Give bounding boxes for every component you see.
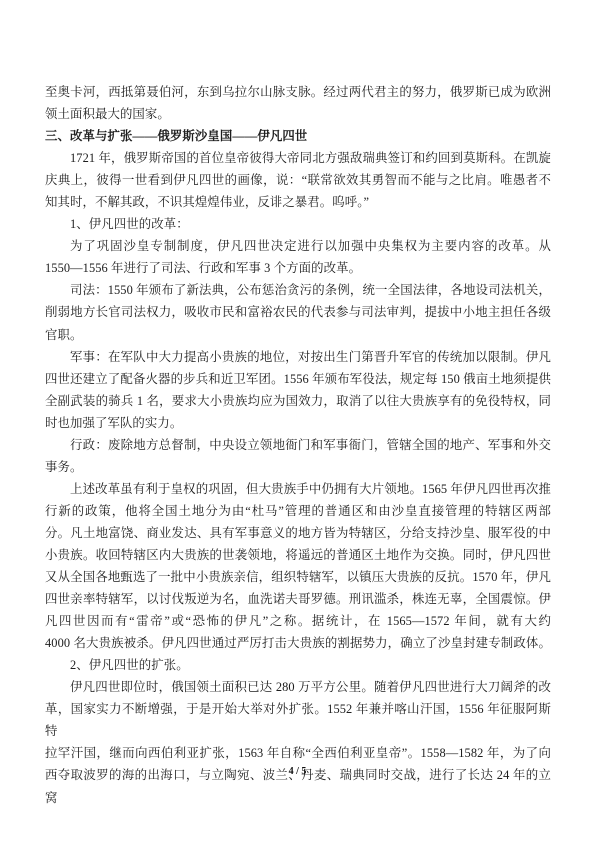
text-line: 1550—1556 年进行了司法、行政和军事 3 个方面的改革。 — [45, 257, 551, 279]
text-line: 四世还建立了配备火器的步兵和近卫军团。1556 年颁布军役法，规定每 150 俄… — [45, 368, 551, 390]
text-line: 四世亲率特辖军，以讨伐叛逆为名，血洗诺夫哥罗德。刑讯滥杀，株连无辜，全国震惊。伊 — [45, 588, 551, 610]
subsection-heading: 1、伊凡四世的改革： — [45, 213, 551, 235]
text-line: 小贵族。收回特辖区内大贵族的世袭领地，将遥远的普通区土地作为交换。同时，伊凡四世 — [45, 544, 551, 566]
text-line: 伊凡四世即位时，俄国领土面积已达 280 万平方公里。随着伊凡四世进行大刀阔斧的… — [45, 676, 551, 698]
text-line: 分。凡土地富饶、商业发达、具有军事意义的地方皆为特辖区，分给支持沙皇、服军役的中 — [45, 522, 551, 544]
text-line: 1721 年，俄罗斯帝国的首位皇帝彼得大帝同北方强敌瑞典签订和约回到莫斯科。在凯… — [45, 147, 551, 169]
text-line: 上述改革虽有利于皇权的巩固，但大贵族手中仍拥有大片领地。1565 年伊凡四世再次… — [45, 478, 551, 500]
document-page: 至奥卡河，西抵第聂伯河，东到乌拉尔山脉支脉。经过两代君主的努力，俄罗斯已成为欧洲… — [0, 0, 595, 841]
text-line: 拉罕汗国，继而向西伯利亚扩张，1563 年自称“全西伯利亚皇帝”。1558—15… — [45, 742, 551, 764]
text-line: 领土面积最大的国家。 — [45, 103, 551, 125]
subsection-heading: 2、伊凡四世的扩张。 — [45, 654, 551, 676]
text-line: 军事：在军队中大力提高小贵族的地位，对按出生门第晋升军官的传统加以限制。伊凡 — [45, 346, 551, 368]
text-line: 又从全国各地甄选了一批中小贵族亲信，组织特辖军，以镇压大贵族的反抗。1570 年… — [45, 566, 551, 588]
text-line: 事务。 — [45, 456, 551, 478]
text-line: 知其时，不解其政，不识其煌煌伟业，反诽之暴君。呜呼。” — [45, 191, 551, 213]
text-line: 削弱地方长官司法权力，吸收市民和富裕农民的代表参与司法审判，提拔中小地主担任各级 — [45, 301, 551, 323]
text-line: 时也加强了军队的实力。 — [45, 412, 551, 434]
text-line: 官职。 — [45, 324, 551, 346]
page-number: 4 / 5 — [0, 766, 595, 777]
text-line: 凡四世因而有“雷帝”或“恐怖的伊凡”之称。据统计，在 1565—1572 年间，… — [45, 610, 551, 632]
section-heading: 三、改革与扩张——俄罗斯沙皇国——伊凡四世 — [45, 125, 551, 147]
text-line: 至奥卡河，西抵第聂伯河，东到乌拉尔山脉支脉。经过两代君主的努力，俄罗斯已成为欧洲 — [45, 81, 551, 103]
text-line: 为了巩固沙皇专制制度，伊凡四世决定进行以加强中央集权为主要内容的改革。从 — [45, 235, 551, 257]
text-line: 司法：1550 年颁布了新法典，公布惩治贪污的条例，统一全国法律，各地设司法机关… — [45, 279, 551, 301]
text-line: 庆典上，彼得一世看到伊凡四世的画像，说：“联常欲效其勇智而不能与之比肩。唯愚者不 — [45, 169, 551, 191]
text-line: 全副武装的骑兵 1 名，要求大小贵族均应为国效力，取消了以往大贵族享有的免役特权… — [45, 390, 551, 412]
document-body: 至奥卡河，西抵第聂伯河，东到乌拉尔山脉支脉。经过两代君主的努力，俄罗斯已成为欧洲… — [45, 81, 551, 809]
text-line: 4000 名大贵族被杀。伊凡四世通过严厉打击大贵族的割据势力，确立了沙皇封建专制… — [45, 632, 551, 654]
text-line: 行新的政策，他将全国土地分为由“杜马”管理的普通区和由沙皇直接管理的特辖区两部 — [45, 500, 551, 522]
text-line: 行政：废除地方总督制，中央设立领地衙门和军事衙门，管辖全国的地产、军事和外交 — [45, 434, 551, 456]
text-line: 革，国家实力不断增强，于是开始大举对外扩张。1552 年兼并喀山汗国，1556 … — [45, 698, 551, 742]
